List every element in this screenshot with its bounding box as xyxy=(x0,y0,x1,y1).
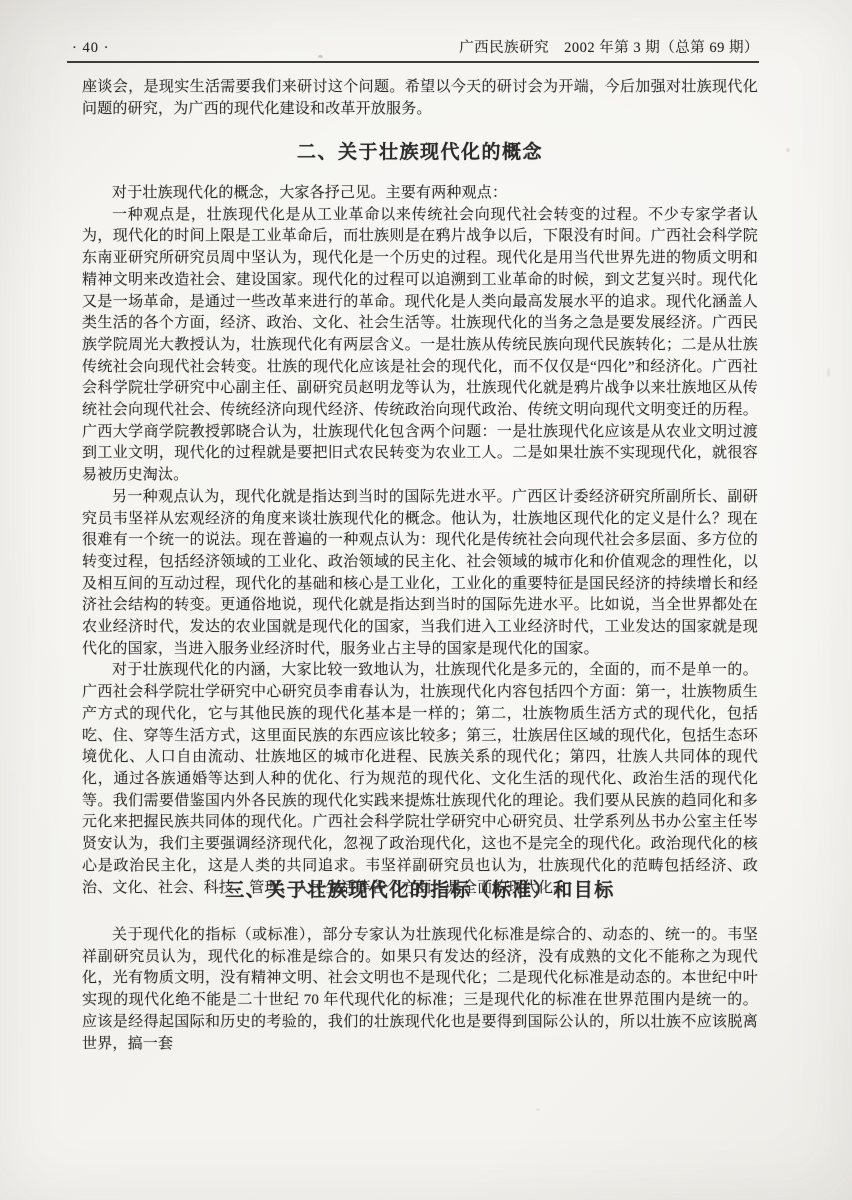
page-header: · 40 · 广西民族研究 2002 年第 3 期（总第 69 期） xyxy=(67,40,759,63)
intro-paragraph: 座谈会，是现实生活需要我们来研讨这个问题。希望以今天的研讨会为开端，今后加强对壮… xyxy=(82,77,758,120)
scanned-journal-page: · 40 · 广西民族研究 2002 年第 3 期（总第 69 期） 座谈会，是… xyxy=(0,0,852,1200)
paragraph: 对于壮族现代化的概念，大家各抒己见。主要有两种观点： xyxy=(82,183,758,205)
scan-speck xyxy=(827,368,830,377)
paragraph: 一种观点是，壮族现代化是从工业革命以来传统社会向现代社会转变的过程。不少专家学者… xyxy=(82,205,758,487)
section-2-heading: 二、关于壮族现代化的概念 xyxy=(82,139,758,166)
section-2-body: 对于壮族现代化的概念，大家各抒己见。主要有两种观点： 一种观点是，壮族现代化是从… xyxy=(82,183,758,899)
section-3-heading: 三、关于壮族现代化的指标（标准）和目标 xyxy=(82,877,758,904)
paragraph: 关于现代化的指标（或标准），部分专家认为壮族现代化标准是综合的、动态的、统一的。… xyxy=(82,925,758,1055)
paragraph: 对于壮族现代化的内涵，大家比较一致地认为，壮族现代化是多元的，全面的，而不是单一… xyxy=(82,660,758,899)
scan-speck xyxy=(318,55,323,58)
paragraph: 另一种观点认为，现代化就是指达到当时的国际先进水平。广西区计委经济研究所副所长、… xyxy=(82,487,758,661)
scan-speck xyxy=(536,1108,540,1111)
section-3-body: 关于现代化的指标（或标准），部分专家认为壮族现代化标准是综合的、动态的、统一的。… xyxy=(82,925,758,1055)
page-number: · 40 · xyxy=(67,40,109,56)
journal-issue-line: 广西民族研究 2002 年第 3 期（总第 69 期） xyxy=(459,40,759,56)
scan-speck xyxy=(786,148,790,152)
